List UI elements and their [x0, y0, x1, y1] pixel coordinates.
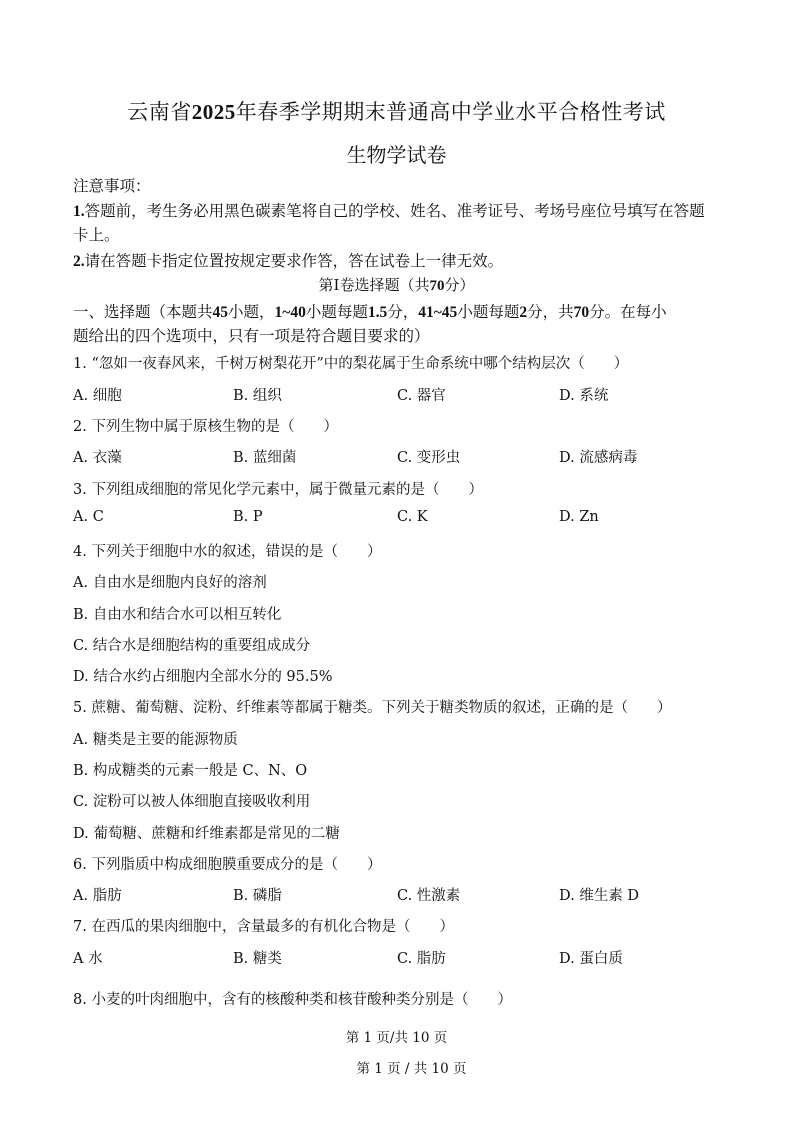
q4-option-c[interactable]: C. 结合水是细胞结构的重要组成成分: [73, 634, 310, 655]
section-title-pre: 第Ⅰ卷选择题（共: [319, 276, 430, 294]
q4-option-d[interactable]: D. 结合水约占细胞内全部水分的 95.5%: [73, 665, 333, 686]
instr-num: 41~45: [418, 304, 457, 321]
title-prefix: 云南省: [127, 100, 192, 124]
instr-text: 小题，: [228, 303, 275, 321]
question-1-stem: 1. “忽如一夜春风来，千树万树梨花开”中的梨花属于生命系统中哪个结构层次（ ）: [73, 352, 628, 373]
q2-option-a[interactable]: A. 衣藻: [73, 446, 122, 467]
page-number-footer: 第 1 页 / 共 10 页: [0, 1057, 793, 1077]
instr-text: 一、选择题（本题共: [73, 303, 213, 321]
q1-option-d[interactable]: D. 系统: [559, 384, 608, 405]
instr-text: 分，: [387, 303, 418, 321]
question-2-stem: 2. 下列生物中属于原核生物的是（ ）: [73, 415, 338, 436]
q6-option-a[interactable]: A. 脂肪: [73, 884, 122, 905]
section-title-post: 分）: [444, 276, 474, 294]
q1-option-c[interactable]: C. 器官: [397, 384, 446, 405]
q3-option-d[interactable]: D. Zn: [559, 509, 599, 525]
notice-heading: 注意事项：: [73, 174, 151, 196]
section-title: 第Ⅰ卷选择题（共70分）: [0, 274, 793, 295]
q5-option-c[interactable]: C. 淀粉可以被人体细胞直接吸收利用: [73, 790, 310, 811]
notice-item-1: 1.答题前，考生务必用黑色碳素笔将自己的学校、姓名、准考证号、考场号座位号填写在…: [73, 199, 705, 221]
q4-option-a[interactable]: A. 自由水是细胞内良好的溶剂: [73, 571, 267, 592]
q7-option-b[interactable]: B. 糖类: [233, 947, 282, 968]
instr-text: 分。在每小: [589, 303, 667, 321]
section-instructions-cont: 题给出的四个选项中，只有一项是符合题目要求的）: [73, 324, 430, 346]
title-suffix: 年春季学期期末普通高中学业水平合格性考试: [236, 100, 666, 124]
instr-num: 1~40: [275, 304, 306, 321]
instr-num: 1.5: [368, 304, 387, 321]
exam-title: 云南省2025年春季学期期末普通高中学业水平合格性考试: [0, 96, 793, 126]
instr-num: 2: [519, 304, 527, 321]
notice-item-number: 1.: [73, 203, 85, 220]
q1-option-a[interactable]: A. 细胞: [73, 384, 122, 405]
q7-option-d[interactable]: D. 蛋白质: [559, 947, 623, 968]
notice-item-text: 请在答题卡指定位置按规定要求作答，答在试卷上一律无效。: [85, 252, 504, 270]
section-title-num: 70: [429, 278, 444, 294]
q7-option-c[interactable]: C. 脂肪: [397, 947, 446, 968]
notice-item-number: 2.: [73, 253, 85, 270]
instr-text: 小题每题: [306, 303, 368, 321]
notice-item-1-cont: 卡上。: [73, 223, 120, 245]
q5-option-a[interactable]: A. 糖类是主要的能源物质: [73, 728, 238, 749]
q2-option-d[interactable]: D. 流感病毒: [559, 446, 637, 467]
instr-num: 45: [213, 304, 229, 321]
q6-option-d[interactable]: D. 维生素 D: [559, 884, 639, 905]
instr-num: 70: [574, 304, 590, 321]
q6-option-b[interactable]: B. 磷脂: [233, 884, 282, 905]
notice-item-text: 答题前，考生务必用黑色碳素笔将自己的学校、姓名、准考证号、考场号座位号填写在答题: [85, 202, 705, 220]
q1-option-b[interactable]: B. 组织: [233, 384, 282, 405]
notice-item-2: 2.请在答题卡指定位置按规定要求作答，答在试卷上一律无效。: [73, 249, 503, 271]
question-7-stem: 7. 在西瓜的果肉细胞中，含量最多的有机化合物是（ ）: [73, 915, 454, 936]
instr-text: 小题每题: [457, 303, 519, 321]
q5-option-b[interactable]: B. 构成糖类的元素一般是 C、N、O: [73, 759, 307, 780]
page-number-label: 第 1 页/共 10 页: [0, 1026, 793, 1046]
q6-option-c[interactable]: C. 性激素: [397, 884, 460, 905]
instr-text: 分，共: [527, 303, 574, 321]
question-4-stem: 4. 下列关于细胞中水的叙述，错误的是（ ）: [73, 540, 381, 561]
q3-option-c[interactable]: C. K: [397, 509, 428, 525]
q5-option-d[interactable]: D. 葡萄糖、蔗糖和纤维素都是常见的二糖: [73, 822, 340, 843]
q2-option-c[interactable]: C. 变形虫: [397, 446, 460, 467]
q7-option-a[interactable]: A 水: [73, 947, 103, 968]
question-8-stem: 8. 小麦的叶肉细胞中，含有的核酸种类和核苷酸种类分别是（ ）: [73, 988, 512, 1009]
q3-option-a[interactable]: A. C: [73, 509, 104, 525]
q3-option-b[interactable]: B. P: [233, 509, 263, 525]
question-3-stem: 3. 下列组成细胞的常见化学元素中，属于微量元素的是（ ）: [73, 478, 483, 499]
section-instructions: 一、选择题（本题共45小题，1~40小题每题1.5分，41~45小题每题2分，共…: [73, 300, 667, 322]
question-5-stem: 5. 蔗糖、葡萄糖、淀粉、纤维素等都属于糖类。下列关于糖类物质的叙述，正确的是（…: [73, 696, 671, 717]
question-6-stem: 6. 下列脂质中构成细胞膜重要成分的是（ ）: [73, 853, 381, 874]
exam-subtitle: 生物学试卷: [0, 139, 793, 168]
q2-option-b[interactable]: B. 蓝细菌: [233, 446, 296, 467]
q4-option-b[interactable]: B. 自由水和结合水可以相互转化: [73, 603, 281, 624]
title-year: 2025: [192, 100, 236, 124]
